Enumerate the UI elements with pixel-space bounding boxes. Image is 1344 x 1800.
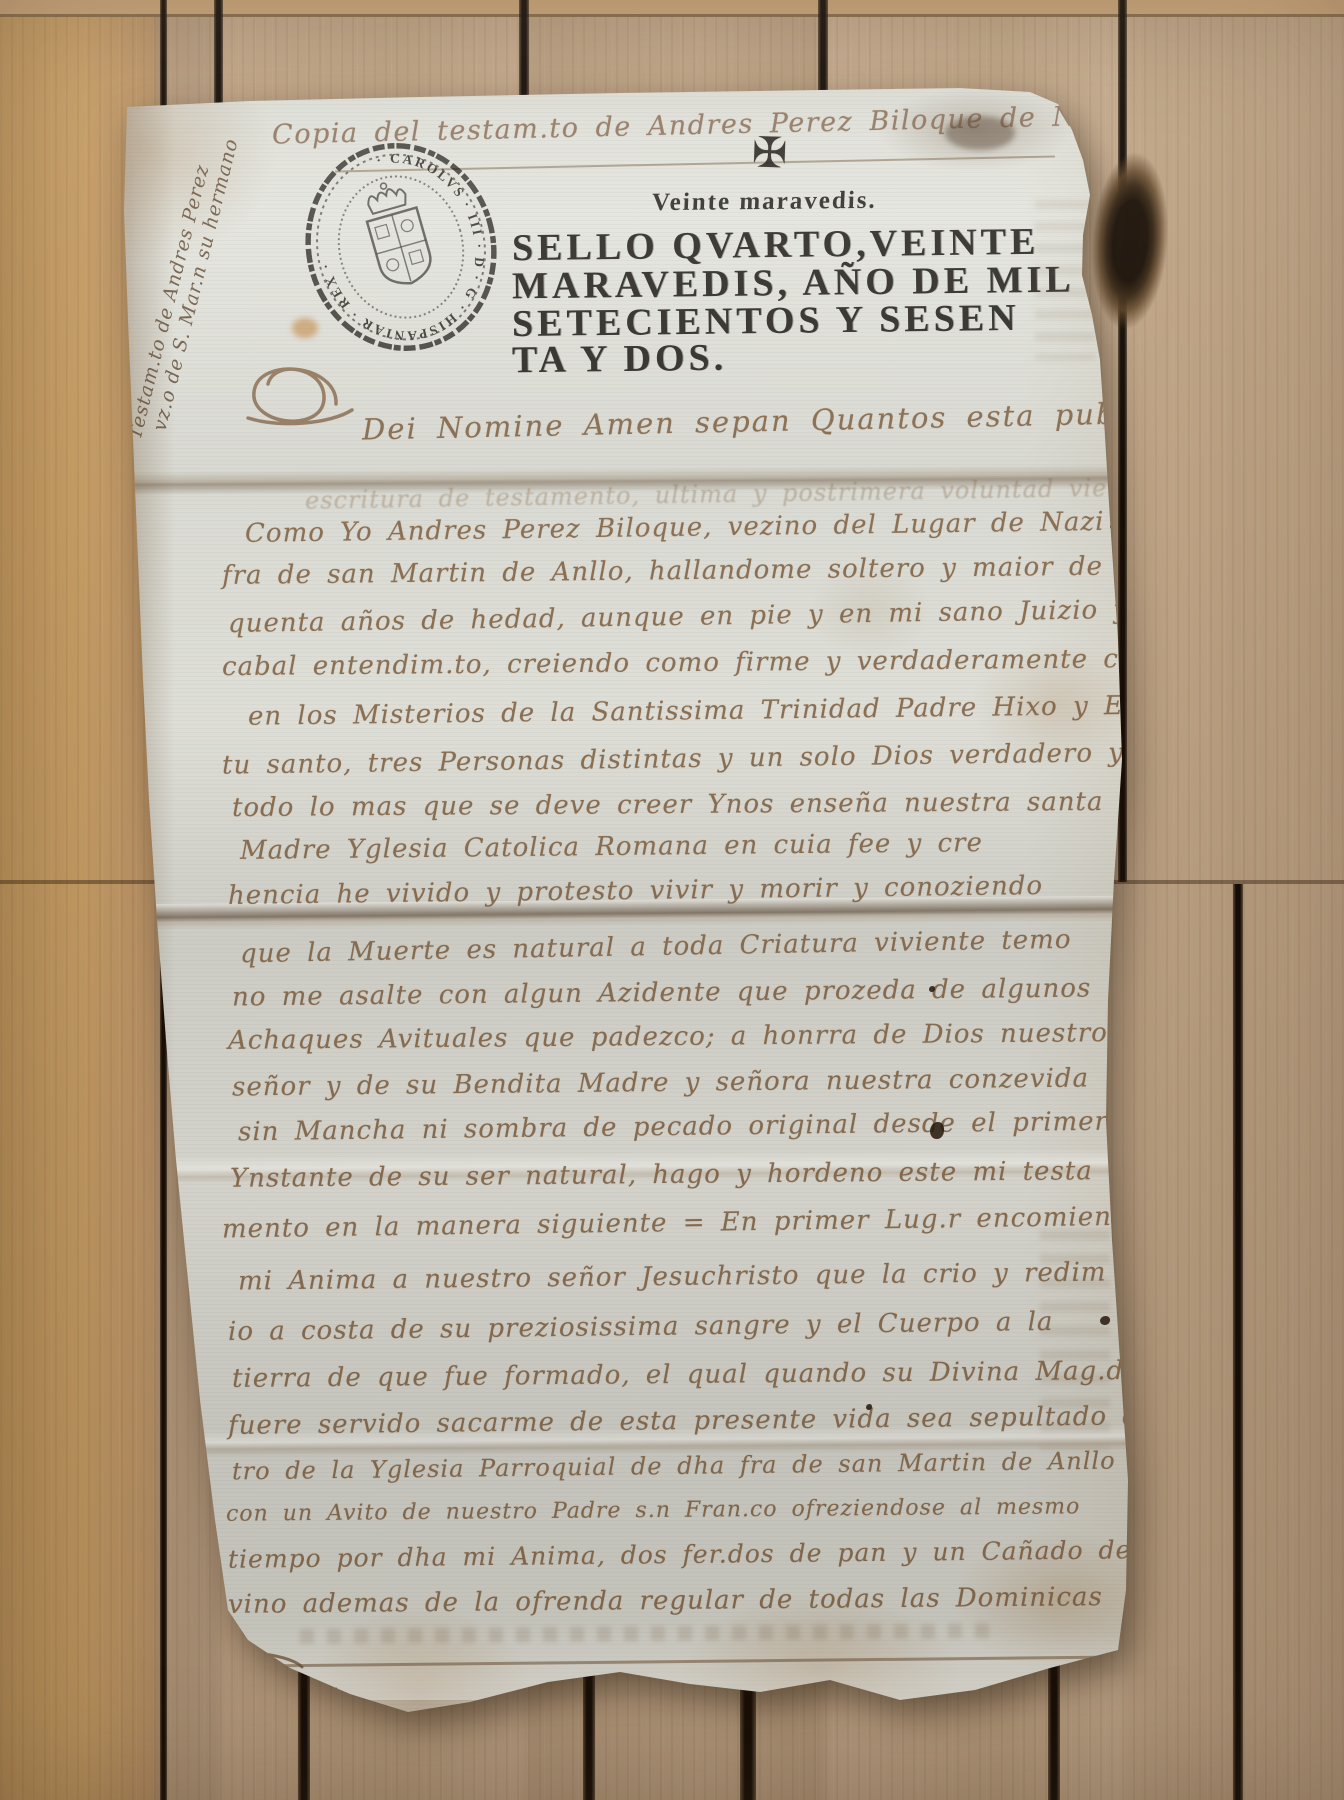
paper-document: Copia del testam.to de Andres Perez Bilo…	[0, 0, 1344, 1800]
ink-blot	[1100, 1316, 1110, 1325]
stamp-fee-line: Veinte maravedis.	[651, 187, 877, 217]
ink-blot	[930, 1122, 944, 1139]
paper-shadow-wrap: Copia del testam.to de Andres Perez Bilo…	[0, 0, 1344, 1800]
bleed-through-text	[1035, 200, 1095, 360]
ink-blot	[929, 986, 935, 992]
invocation-initial-flourish	[240, 348, 360, 438]
ink-blot	[866, 1404, 872, 1410]
stamp-text-line-4: TA Y DOS.	[512, 339, 728, 380]
ink-smudge	[945, 116, 1015, 150]
stamp-text-line-3: SETECIENTOS Y SESEN	[512, 299, 1020, 343]
photo-of-document: Copia del testam.to de Andres Perez Bilo…	[0, 0, 1344, 1800]
wax-fleck	[292, 318, 318, 338]
manuscript-line: todo lo mas que se deve creer Ynos enseñ…	[232, 787, 1104, 823]
signature-rubric	[132, 1645, 342, 1740]
bleed-through-text	[1040, 1230, 1110, 1450]
maltese-cross-icon: ✠	[751, 127, 789, 177]
ink-blot	[1110, 523, 1118, 530]
